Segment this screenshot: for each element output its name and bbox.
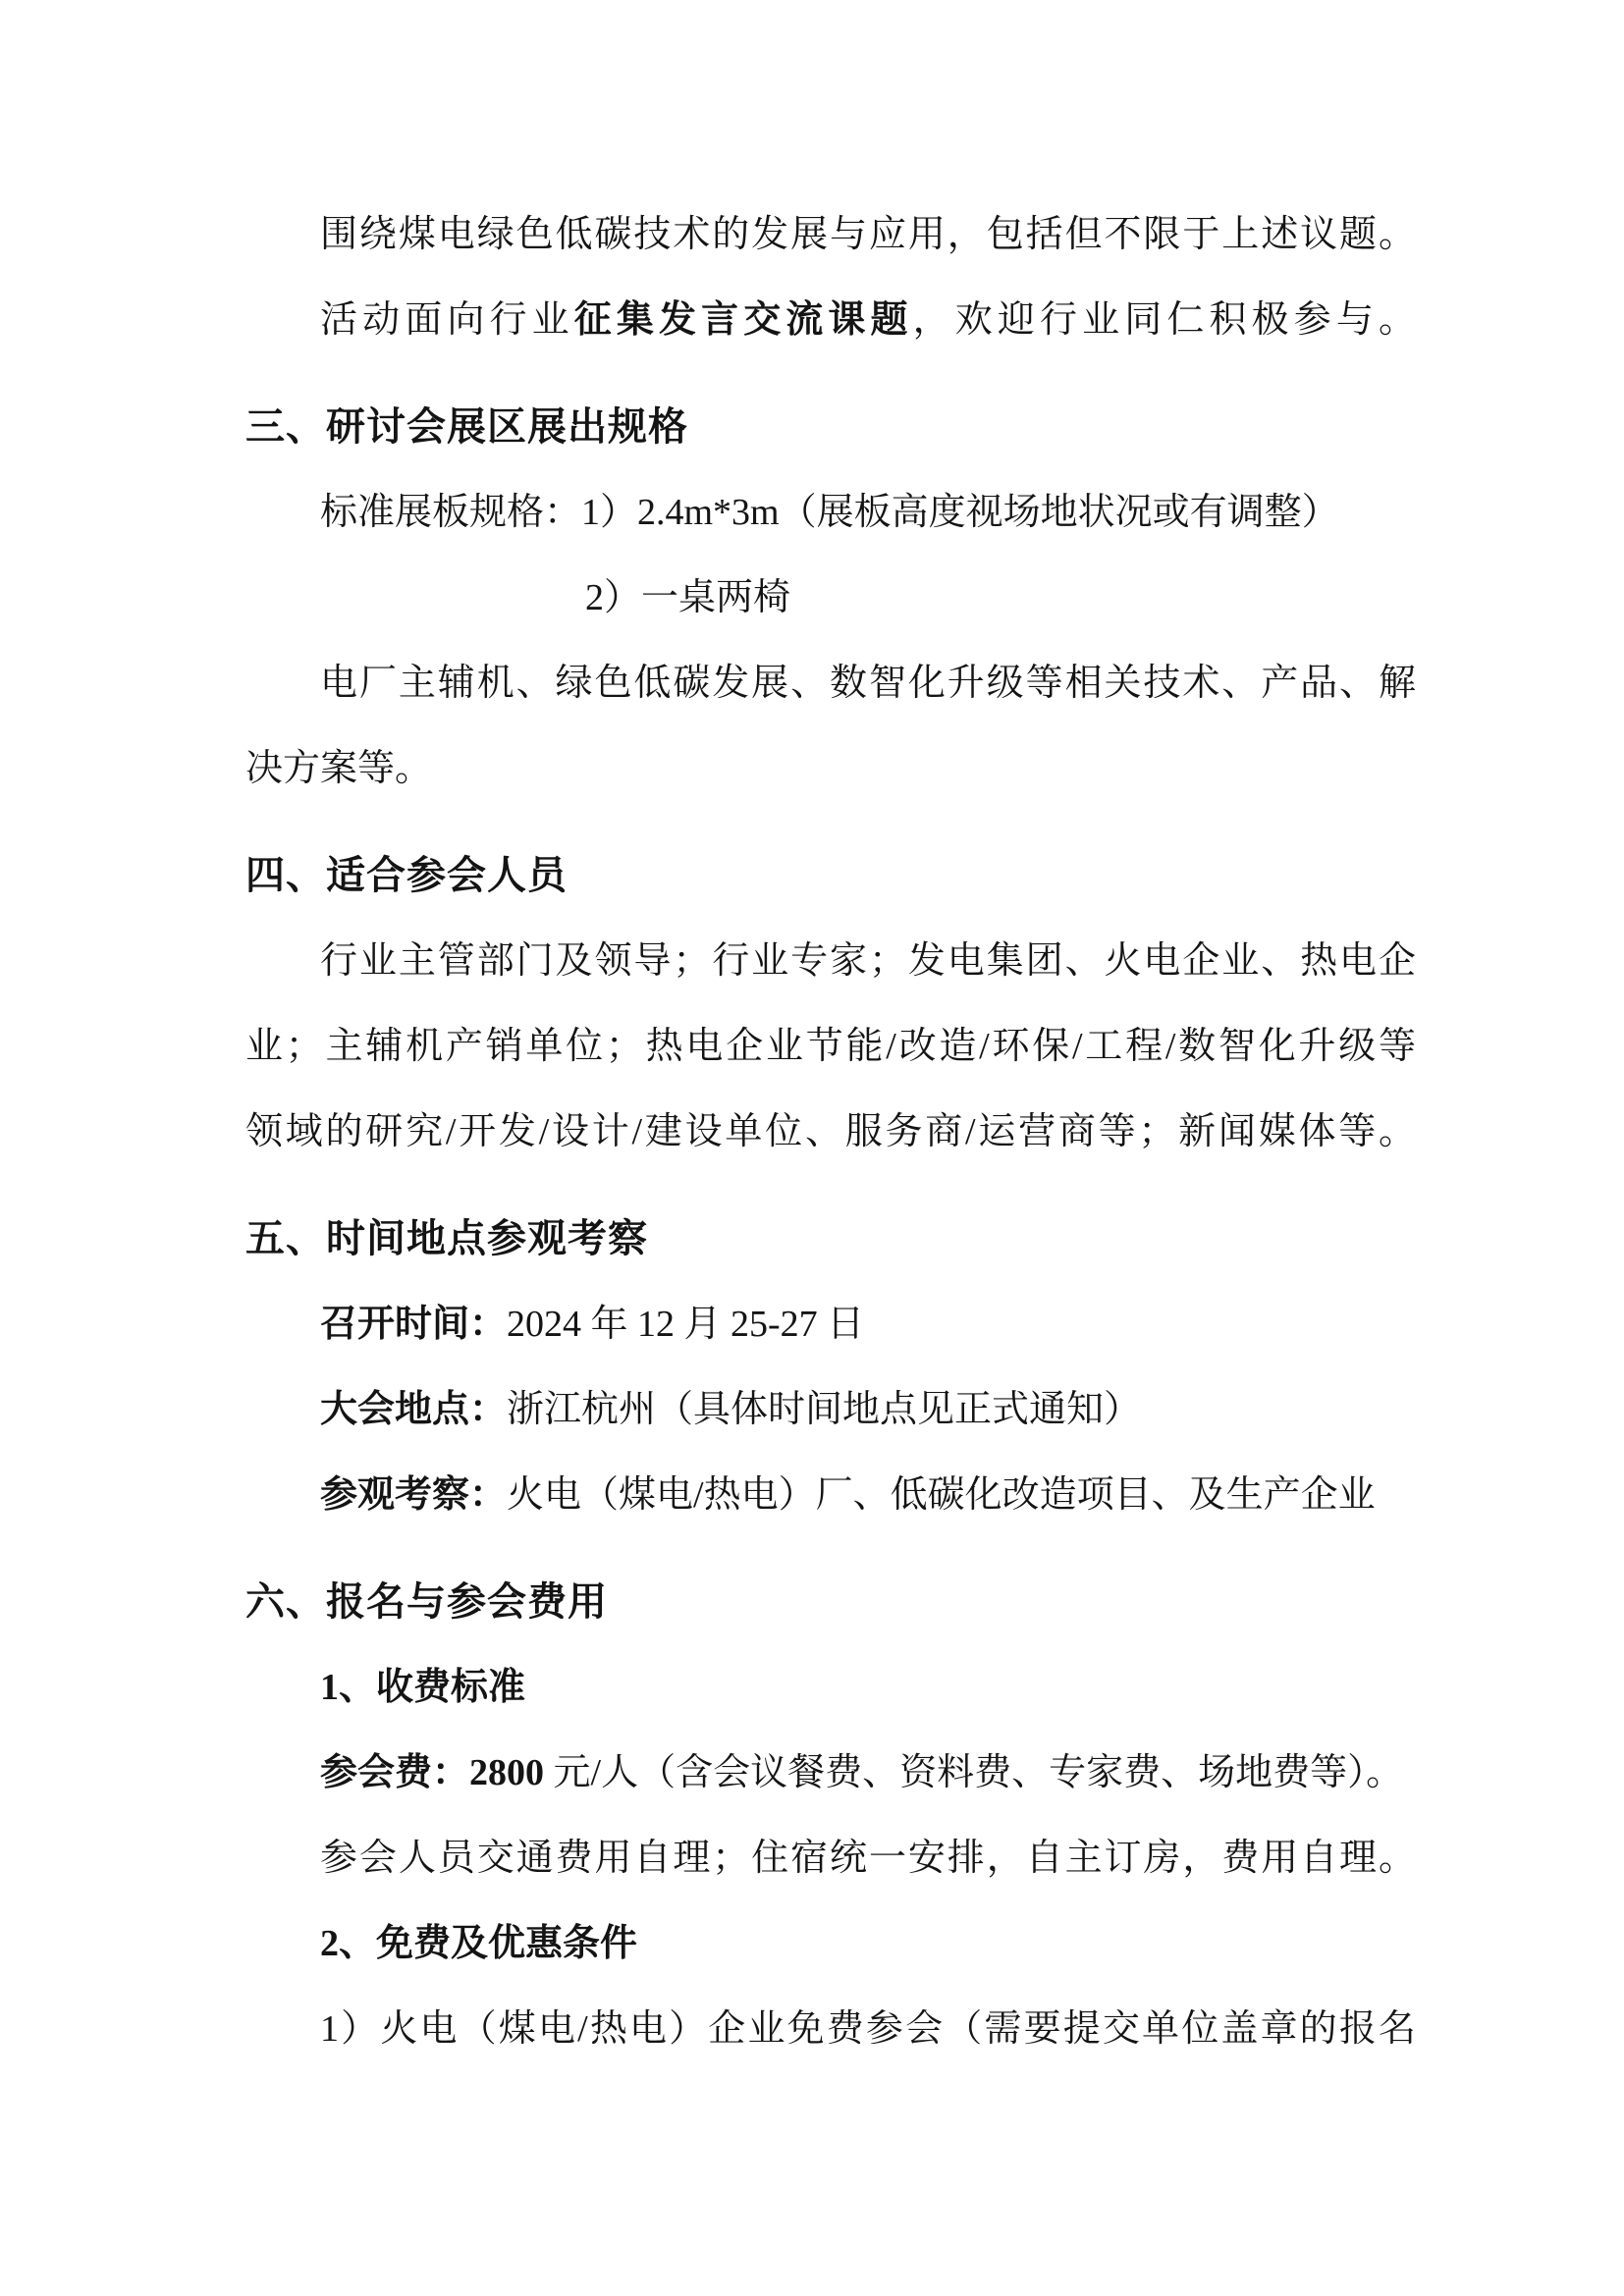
fee-label: 参会费： [320,1752,469,1793]
intro-line-2-suffix: ，欢迎行业同仁积极参与。 [913,299,1416,341]
fees-subheading-1: 1、收费标准 [245,1645,1416,1731]
fees-amount-line: 参会费：2800 元/人（含会议餐费、资料费、专家费、场地费等）。 [245,1731,1416,1816]
schedule-time-line: 召开时间：2024 年 12 月 25-27 日 [245,1282,1416,1367]
schedule-time-label: 召开时间： [320,1304,507,1345]
schedule-venue-value: 浙江杭州（具体时间地点见正式通知） [507,1389,1141,1430]
schedule-visit-label: 参观考察： [320,1474,507,1516]
document-page: 围绕煤电绿色低碳技术的发展与应用，包括但不限于上述议题。 活动面向行业征集发言交… [0,0,1624,2296]
exhibit-scope-line-2: 决方案等。 [245,726,1416,812]
attendees-line-1: 行业主管部门及领导；行业专家；发电集团、火电企业、热电企 [245,919,1416,1004]
fee-detail: 元/人（含会议餐费、资料费、专家费、场地费等）。 [544,1752,1403,1793]
fees-discount-line-1: 1）火电（煤电/热电）企业免费参会（需要提交单位盖章的报名 [245,1987,1416,2072]
section-heading-attendees: 四、适合参会人员 [245,833,1416,919]
intro-line-2-emphasis: 征集发言交流课题 [574,299,913,341]
attendees-line-2: 业；主辅机产销单位；热电企业节能/改造/环保/工程/数智化升级等 [245,1004,1416,1090]
intro-line-2: 活动面向行业征集发言交流课题，欢迎行业同仁积极参与。 [245,278,1416,363]
exhibit-scope-line-1: 电厂主辅机、绿色低碳发展、数智化升级等相关技术、产品、解 [245,641,1416,726]
schedule-venue-line: 大会地点：浙江杭州（具体时间地点见正式通知） [245,1367,1416,1453]
fee-amount: 2800 [469,1752,544,1793]
schedule-visit-value: 火电（煤电/热电）厂、低碳化改造项目、及生产企业 [507,1474,1376,1516]
fees-subheading-2: 2、免费及优惠条件 [245,1901,1416,1987]
schedule-visit-line: 参观考察：火电（煤电/热电）厂、低碳化改造项目、及生产企业 [245,1453,1416,1538]
fees-note-line: 参会人员交通费用自理；住宿统一安排，自主订房，费用自理。 [245,1816,1416,1901]
schedule-time-value: 2024 年 12 月 25-27 日 [507,1304,864,1345]
exhibit-spec-line-1: 标准展板规格：1）2.4m*3m（展板高度视场地状况或有调整） [245,470,1416,556]
intro-line-2-prefix: 活动面向行业 [320,299,574,341]
schedule-venue-label: 大会地点： [320,1389,507,1430]
exhibit-spec-line-2: 2）一桌两椅 [245,556,1416,641]
section-heading-schedule: 五、时间地点参观考察 [245,1197,1416,1282]
section-heading-exhibit: 三、研讨会展区展出规格 [245,385,1416,470]
attendees-line-3: 领域的研究/开发/设计/建设单位、服务商/运营商等；新闻媒体等。 [245,1090,1416,1175]
intro-line-1: 围绕煤电绿色低碳技术的发展与应用，包括但不限于上述议题。 [245,192,1416,278]
section-heading-fees: 六、报名与参会费用 [245,1560,1416,1645]
